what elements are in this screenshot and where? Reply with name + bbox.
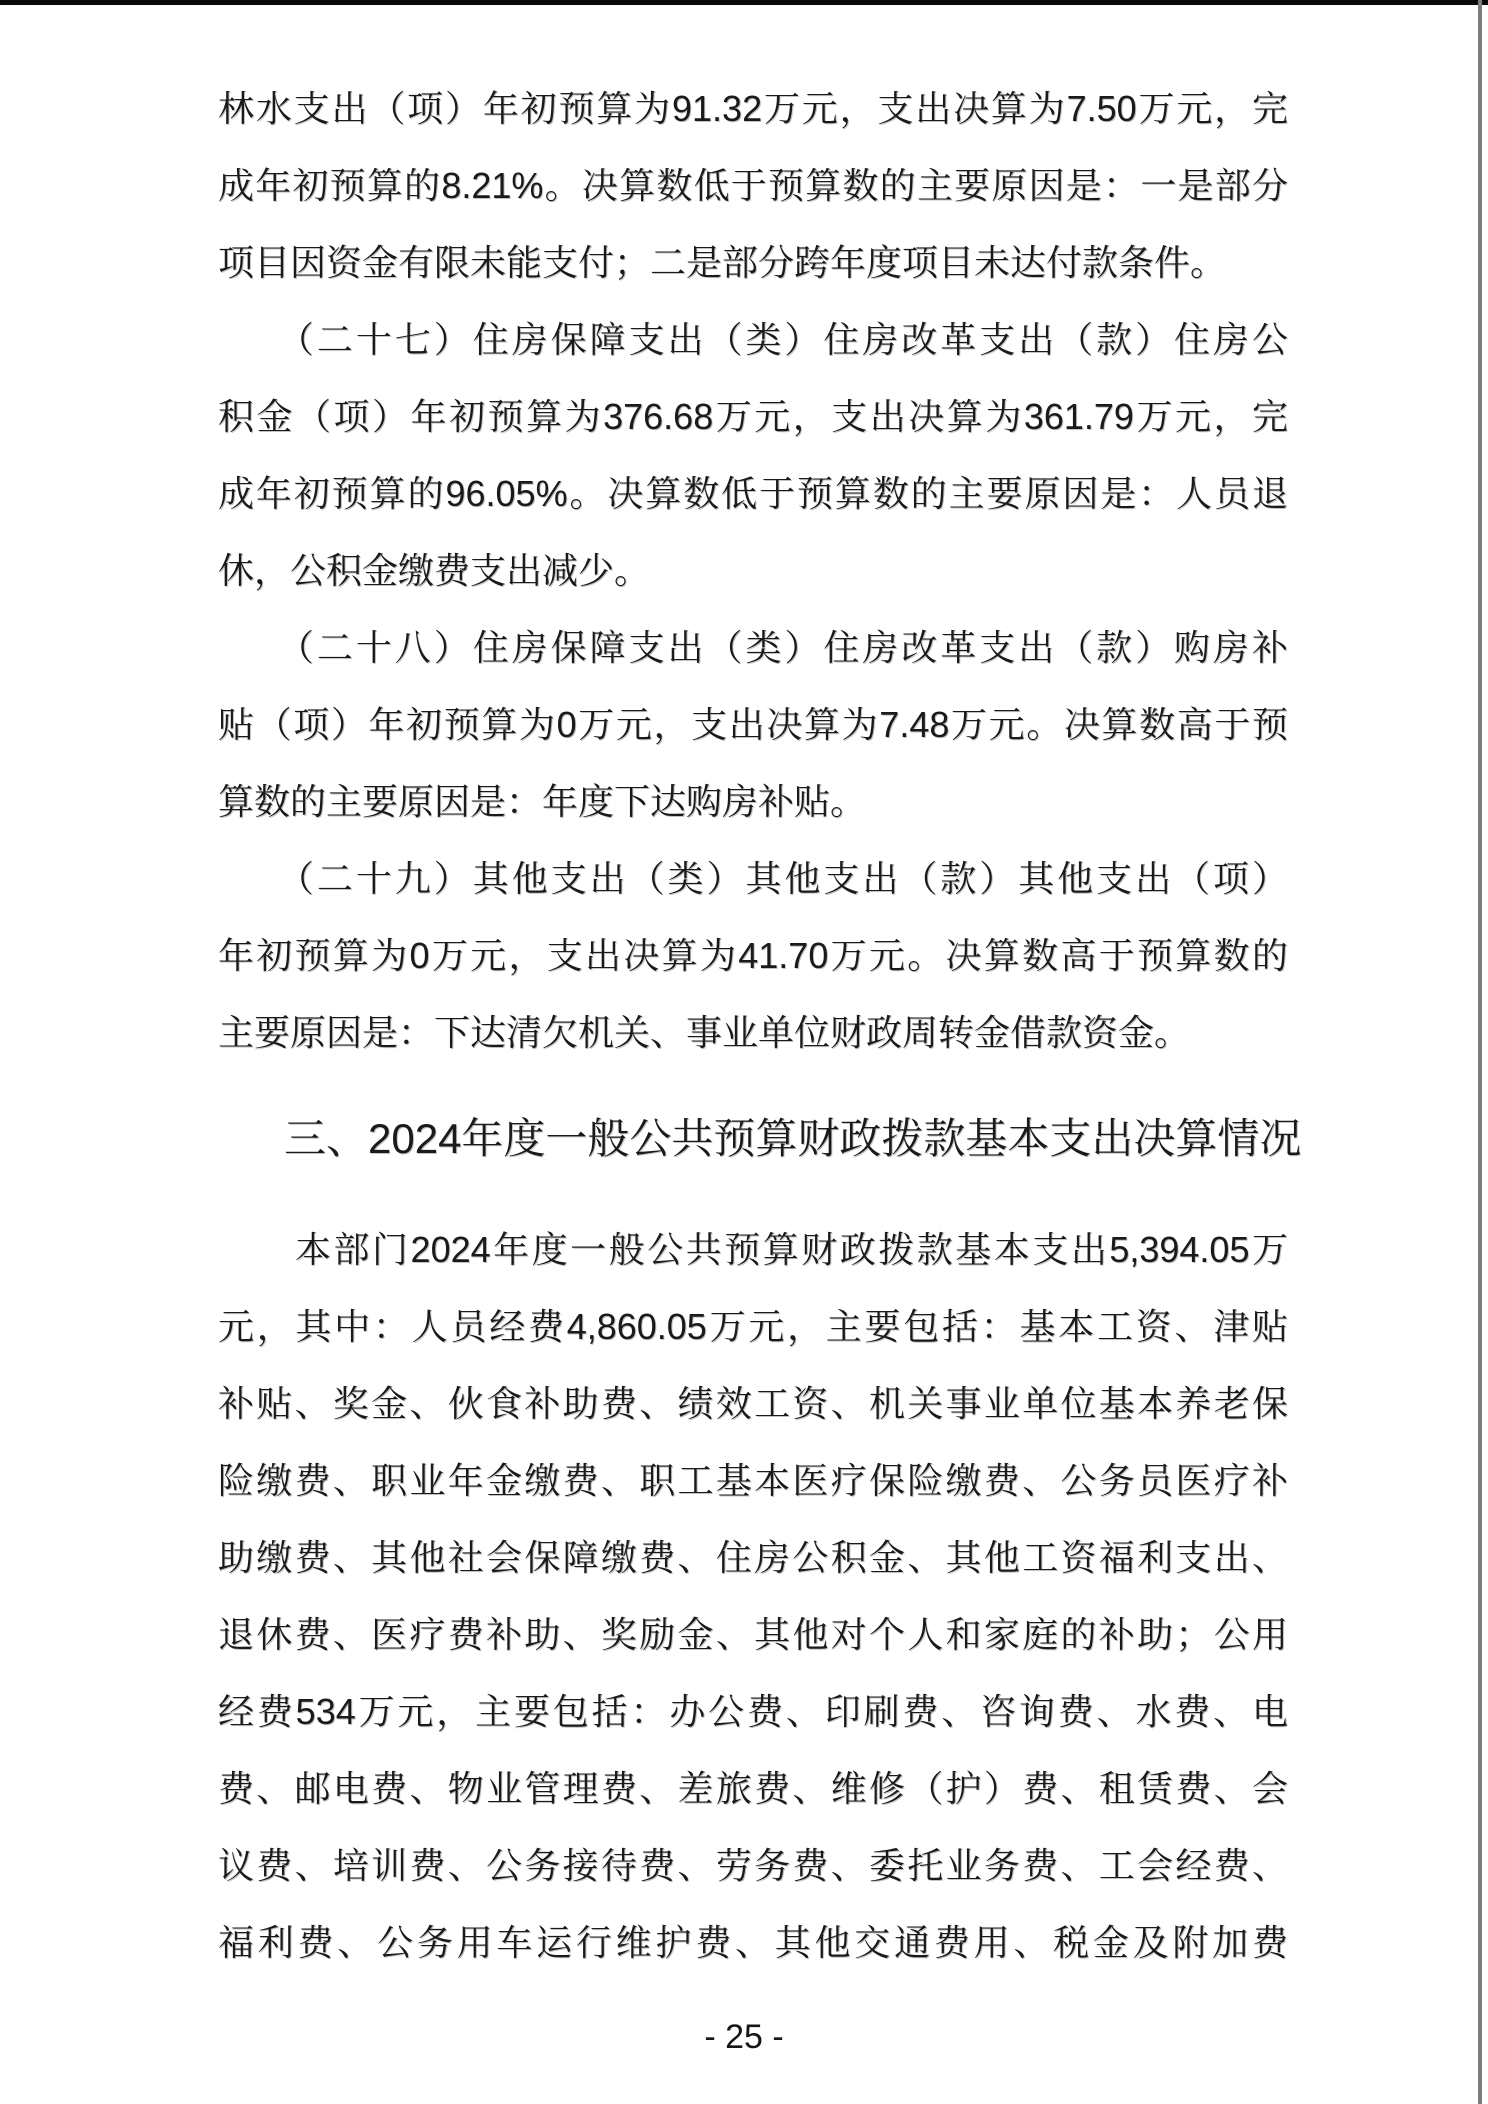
text-line: 费、邮电费、物业管理费、差旅费、维修（护）费、租赁费、会 [218, 1750, 1288, 1827]
text-line: 林水支出（项）年初预算为91.32万元，支出决算为7.50万元，完 [218, 70, 1288, 147]
text-line: 本部门2024年度一般公共预算财政拨款基本支出5,394.05万 [218, 1211, 1288, 1288]
section-expenditure-items: 林水支出（项）年初预算为91.32万元，支出决算为7.50万元，完成年初预算的8… [218, 70, 1288, 1071]
text-line: （二十八）住房保障支出（类）住房改革支出（款）购房补 [218, 609, 1288, 686]
text-line: 险缴费、职业年金缴费、职工基本医疗保险缴费、公务员医疗补 [218, 1442, 1288, 1519]
text-line: 项目因资金有限未能支付；二是部分跨年度项目未达付款条件。 [218, 224, 1288, 301]
section-basic-expenditure: 本部门2024年度一般公共预算财政拨款基本支出5,394.05万元，其中：人员经… [218, 1211, 1288, 1981]
document-page: 林水支出（项）年初预算为91.32万元，支出决算为7.50万元，完成年初预算的8… [0, 0, 1488, 2104]
text-line: （二十九）其他支出（类）其他支出（款）其他支出（项） [218, 840, 1288, 917]
text-line: 成年初预算的96.05%。决算数低于预算数的主要原因是：人员退 [218, 455, 1288, 532]
text-line: 议费、培训费、公务接待费、劳务费、委托业务费、工会经费、 [218, 1827, 1288, 1904]
page-right-edge [1478, 0, 1482, 2104]
text-line: 年初预算为0万元，支出决算为41.70万元。决算数高于预算数的 [218, 917, 1288, 994]
text-line: 成年初预算的8.21%。决算数低于预算数的主要原因是：一是部分 [218, 147, 1288, 224]
body-text: 林水支出（项）年初预算为91.32万元，支出决算为7.50万元，完成年初预算的8… [218, 70, 1288, 1981]
text-line: 补贴、奖金、伙食补助费、绩效工资、机关事业单位基本养老保 [218, 1365, 1288, 1442]
section-heading: 三、2024年度一般公共预算财政拨款基本支出决算情况 [218, 1111, 1288, 1167]
text-line: 助缴费、其他社会保障缴费、住房公积金、其他工资福利支出、 [218, 1519, 1288, 1596]
text-line: 经费534万元，主要包括：办公费、印刷费、咨询费、水费、电 [218, 1673, 1288, 1750]
text-line: 算数的主要原因是：年度下达购房补贴。 [218, 763, 1288, 840]
text-line: 退休费、医疗费补助、奖励金、其他对个人和家庭的补助；公用 [218, 1596, 1288, 1673]
text-line: 贴（项）年初预算为0万元，支出决算为7.48万元。决算数高于预 [218, 686, 1288, 763]
text-line: 福利费、公务用车运行维护费、其他交通费用、税金及附加费 [218, 1904, 1288, 1981]
text-line: 主要原因是：下达清欠机关、事业单位财政周转金借款资金。 [218, 994, 1288, 1071]
page-top-edge [0, 0, 1488, 5]
text-line: 积金（项）年初预算为376.68万元，支出决算为361.79万元，完 [218, 378, 1288, 455]
page-number: - 25 - [0, 2012, 1488, 2062]
text-line: （二十七）住房保障支出（类）住房改革支出（款）住房公 [218, 301, 1288, 378]
text-line: 休，公积金缴费支出减少。 [218, 532, 1288, 609]
text-line: 元，其中：人员经费4,860.05万元，主要包括：基本工资、津贴 [218, 1288, 1288, 1365]
